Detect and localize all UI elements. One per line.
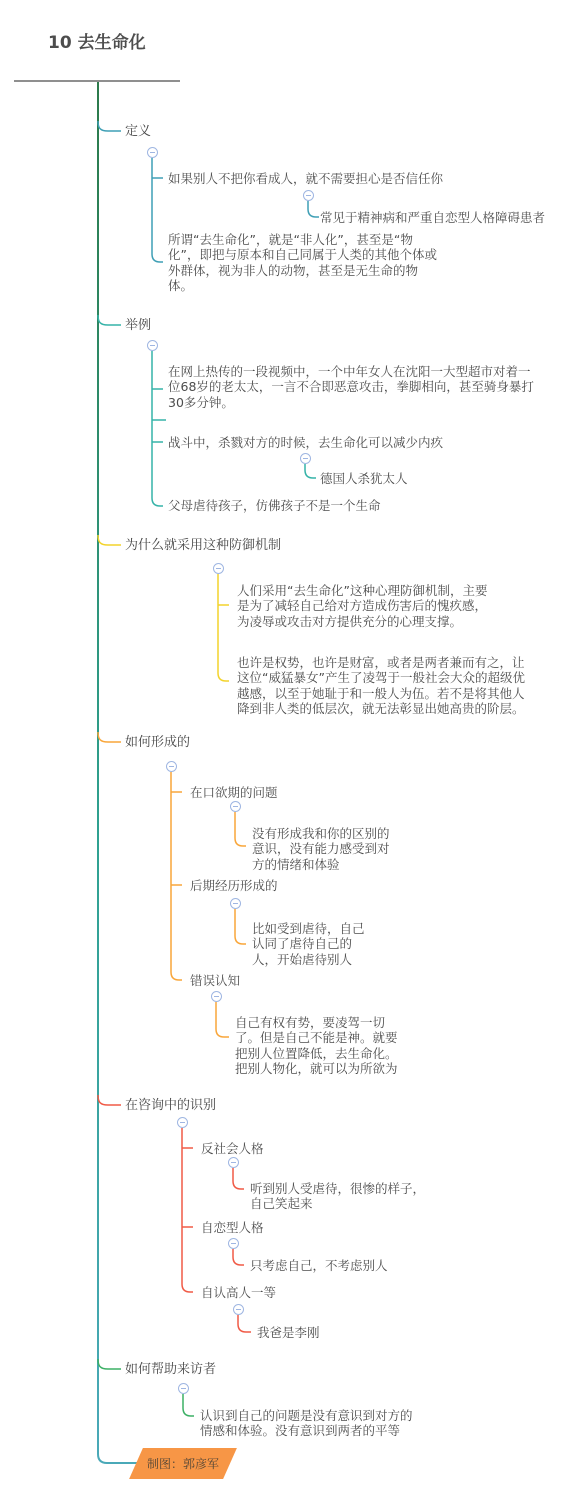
topic-not-seen-as-human[interactable]: 如果别人不把你看成人，就不需要担心是否信任你 bbox=[168, 171, 443, 186]
topic-power-wealth[interactable]: 也许是权势，也许是财富，或者是两者兼而有之，让 这位“威猛暴女”产生了凌驾于一般… bbox=[237, 655, 525, 717]
branch-why-defense[interactable]: 为什么就采用这种防御机制 bbox=[125, 538, 281, 553]
topic-reduce-guilt[interactable]: 人们采用“去生命化”这种心理防御机制，主要 是为了减轻自己给对方造成伤害后的愧疚… bbox=[237, 583, 487, 629]
topic-wrong-cognition[interactable]: 错误认知 bbox=[190, 973, 240, 988]
topic-superior[interactable]: 自认高人一等 bbox=[201, 1285, 276, 1300]
collapse-minus-icon[interactable] bbox=[166, 761, 177, 772]
collapse-minus-icon[interactable] bbox=[230, 801, 241, 812]
collapse-minus-icon[interactable] bbox=[228, 1238, 239, 1249]
credit-label: 制图：郭彦军 bbox=[147, 1455, 219, 1472]
branch-examples[interactable]: 举例 bbox=[125, 318, 151, 333]
topic-laugh-at-abuse[interactable]: 听到别人受虐待，很惨的样子， 自己笑起来 bbox=[250, 1181, 425, 1212]
topic-antisocial[interactable]: 反社会人格 bbox=[201, 1141, 264, 1156]
collapse-minus-icon[interactable] bbox=[211, 991, 222, 1002]
topic-no-self-other[interactable]: 没有形成我和你的区别的 意识，没有能力感受到对 方的情绪和体验 bbox=[252, 826, 390, 872]
root-topic[interactable]: 10 去生命化 bbox=[48, 28, 146, 53]
collapse-minus-icon[interactable] bbox=[147, 147, 158, 158]
collapse-minus-icon[interactable] bbox=[177, 1117, 188, 1128]
collapse-minus-icon[interactable] bbox=[300, 453, 311, 464]
collapse-minus-icon[interactable] bbox=[303, 190, 314, 201]
mindmap-canvas: 10 去生命化 定义 举例 为什么就采用这种防御机制 如何形成的 在咨询中的识别… bbox=[0, 0, 568, 1497]
collapse-minus-icon[interactable] bbox=[178, 1383, 189, 1394]
topic-battle-killing[interactable]: 战斗中，杀戮对方的时候，去生命化可以减少内疚 bbox=[168, 435, 443, 450]
collapse-minus-icon[interactable] bbox=[147, 340, 158, 351]
topic-viral-video[interactable]: 在网上热传的一段视频中，一个中年女人在沈阳一大型超市对着一 位68岁的老太太，一… bbox=[168, 364, 534, 410]
branch-help-client[interactable]: 如何帮助来访者 bbox=[125, 1362, 216, 1377]
topic-my-dad-ligang[interactable]: 我爸是李刚 bbox=[257, 1325, 320, 1340]
topic-later-experience[interactable]: 后期经历形成的 bbox=[190, 878, 278, 893]
topic-oral-stage[interactable]: 在口欲期的问题 bbox=[190, 785, 278, 800]
topic-abused-identify[interactable]: 比如受到虐待，自己 认同了虐待自己的 人，开始虐待别人 bbox=[252, 921, 365, 967]
topic-definition-text[interactable]: 所谓“去生命化”，就是“非人化”，甚至是“物 化”，即把与原本和自己同属于人类的… bbox=[168, 232, 437, 294]
topic-realize-equality[interactable]: 认识到自己的问题是没有意识到对方的 情感和体验。没有意识到两者的平等 bbox=[200, 1408, 413, 1439]
collapse-minus-icon[interactable] bbox=[230, 898, 241, 909]
root-underline bbox=[14, 80, 180, 82]
topic-only-self[interactable]: 只考虑自己，不考虑别人 bbox=[250, 1258, 388, 1273]
topic-germans-jews[interactable]: 德国人杀犹太人 bbox=[320, 471, 408, 486]
topic-power-degrade[interactable]: 自己有权有势，要凌驾一切 了。但是自己不能是神。就要 把别人位置降低，去生命化。… bbox=[235, 1015, 398, 1077]
collapse-minus-icon[interactable] bbox=[228, 1157, 239, 1168]
branch-definition[interactable]: 定义 bbox=[125, 124, 151, 139]
collapse-minus-icon[interactable] bbox=[233, 1304, 244, 1315]
branch-identify[interactable]: 在咨询中的识别 bbox=[125, 1098, 216, 1113]
branch-formation[interactable]: 如何形成的 bbox=[125, 735, 190, 750]
credit-badge[interactable]: 制图：郭彦军 bbox=[129, 1448, 237, 1479]
topic-narcissistic[interactable]: 自恋型人格 bbox=[201, 1220, 264, 1235]
topic-common-in-disorders[interactable]: 常见于精神病和严重自恋型人格障碍患者 bbox=[320, 210, 545, 225]
collapse-minus-icon[interactable] bbox=[213, 563, 224, 574]
topic-parents-abuse[interactable]: 父母虐待孩子，仿佛孩子不是一个生命 bbox=[168, 498, 381, 513]
